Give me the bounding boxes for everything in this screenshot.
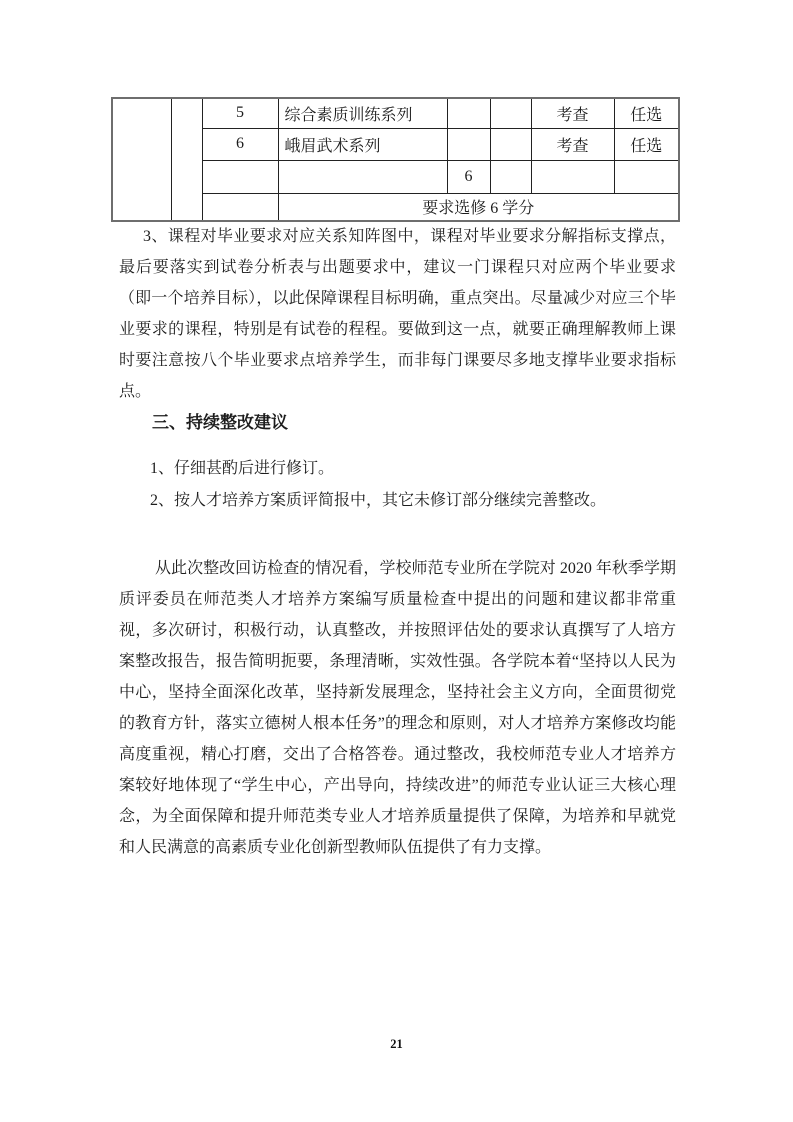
list-item-1: 1、仔细甚酌后进行修订。: [119, 453, 676, 485]
table-cell-hours: [447, 98, 490, 128]
table-cell-left-merged-2: [171, 98, 202, 221]
table-cell-credits-total: 6: [447, 160, 490, 193]
table-cell-note: 要求选修 6 学分: [278, 193, 679, 221]
list-item-2: 2、按人才培养方案质评简报中，其它未修订部分继续完善整改。: [119, 485, 676, 517]
course-table: 5 综合素质训练系列 考查 任选 6 峨眉武术系列 考查 任选 6 要求选修 6…: [111, 97, 680, 222]
table-cell-course: 综合素质训练系列: [278, 98, 447, 128]
section-heading: 三、持续整改建议: [119, 407, 676, 438]
table-row: 5 综合素质训练系列 考查 任选: [112, 98, 679, 128]
paragraph-2: 从此次整改回访检查的情况看，学校师范专业所在学院对 2020 年秋季学期质评委员…: [119, 553, 676, 863]
document-body: 3、课程对毕业要求对应关系知阵图中，课程对毕业要求分解指标支撑点，最后要落实到试…: [119, 221, 676, 863]
table-cell-credits: [490, 98, 531, 128]
table-cell-credits: [490, 128, 531, 160]
table-cell-mode: [614, 160, 679, 193]
table-cell: [490, 160, 531, 193]
table-cell-no: 6: [202, 128, 278, 160]
table-cell-exam: 考查: [531, 98, 614, 128]
table-cell-left-merged-1: [112, 98, 171, 221]
table-cell-hours: [447, 128, 490, 160]
table-cell-mode: 任选: [614, 128, 679, 160]
table-cell-no: [202, 160, 278, 193]
table-cell-no: 5: [202, 98, 278, 128]
paragraph-1: 3、课程对毕业要求对应关系知阵图中，课程对毕业要求分解指标支撑点，最后要落实到试…: [119, 221, 676, 407]
table-cell-mode: 任选: [614, 98, 679, 128]
table-cell-course: 峨眉武术系列: [278, 128, 447, 160]
table-cell-course: [278, 160, 447, 193]
table-cell-exam: 考查: [531, 128, 614, 160]
page-number: 21: [0, 1037, 793, 1052]
table-cell-no: [202, 193, 278, 221]
document-page: 5 综合素质训练系列 考查 任选 6 峨眉武术系列 考查 任选 6 要求选修 6…: [0, 0, 793, 1122]
table-cell-exam: [531, 160, 614, 193]
